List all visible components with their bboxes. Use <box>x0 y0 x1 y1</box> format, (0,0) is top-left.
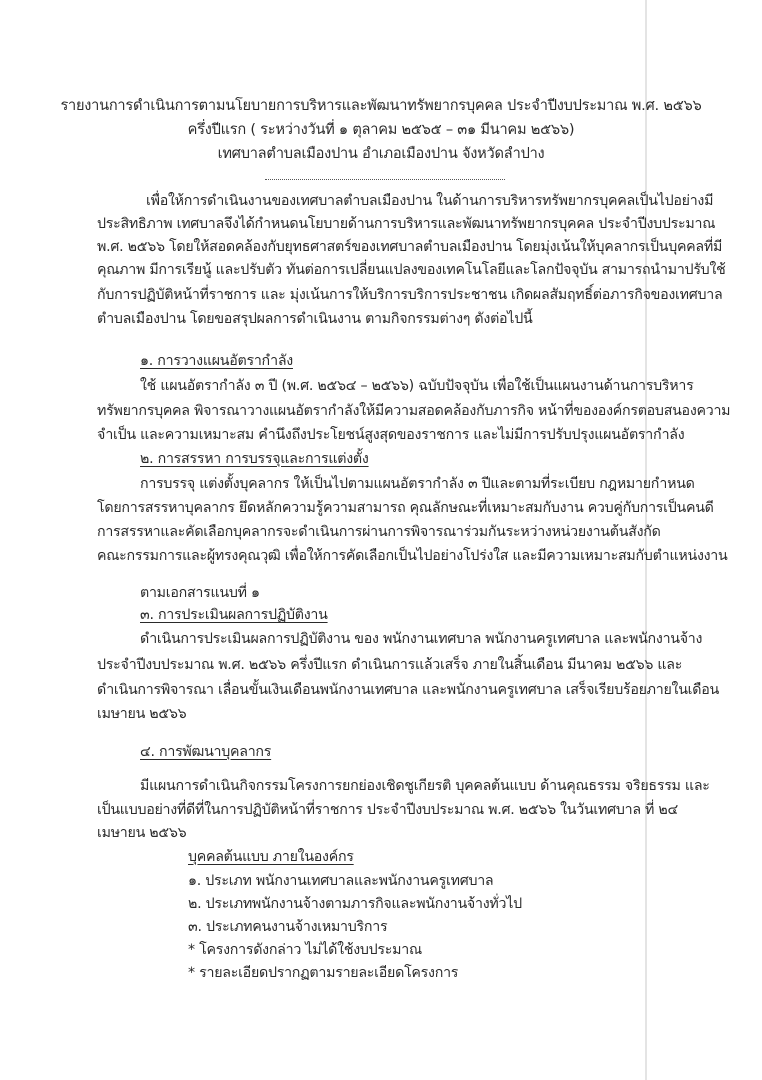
intro-line: คุณภาพ มีการเรียนู้ และปรับตัว ทันต่อการ… <box>97 261 726 279</box>
list-item: ๒. ประเภทพนักงานจ้างตามภารกิจและพนักงานจ… <box>188 895 522 913</box>
list-item: * รายละเอียดปรากฏตามรายละเอียดโครงการ <box>188 964 458 982</box>
section-line: การสรรหาและคัดเลือกบุคลากรจะดำเนินการผ่า… <box>97 523 661 541</box>
list-item: ๓. ประเภทคนงานจ้างเหมาบริการ <box>188 918 387 936</box>
section-line: เป็นแบบอย่างที่ดีที่ในการปฏิบัติหน้าที่ร… <box>97 801 678 819</box>
intro-line: ตำบลเมืองปาน โดยขอสรุปผลการดำเนินงาน ตาม… <box>97 310 532 328</box>
section-line: เมษายน ๒๕๖๖ <box>97 824 186 842</box>
list-item: * โครงการดังกล่าว ไม่ได้ใช้งบประมาณ <box>188 941 422 959</box>
intro-line: เพื่อให้การดำเนินงานของเทศบาลตำบลเมืองปา… <box>146 192 713 210</box>
report-organization: เทศบาลตำบลเมืองปาน อำเภอเมืองปาน จังหวัด… <box>0 145 762 163</box>
section-line: จำเป็น และความเหมาะสม คำนึงถึงประโยชน์สู… <box>97 426 684 444</box>
section-heading-recruitment: ๒. การสรรหา การบรรจุและการแต่งตั้ง <box>140 450 369 468</box>
section-heading-personnel-development: ๔. การพัฒนาบุคลากร <box>140 743 271 761</box>
section-line: โดยการสรรหาบุคลากร ยึดหลักความรู้ความสาม… <box>97 499 714 517</box>
section-line: คณะกรรมการและผู้ทรงคุณวุฒิ เพื่อให้การคั… <box>97 547 727 565</box>
section-heading-performance-evaluation: ๓. การประเมินผลการปฏิบัติงาน <box>140 606 328 624</box>
section-line: ดำเนินการพิจารณา เลื่อนขั้นเงินเดือนพนัก… <box>97 681 719 699</box>
section-line: ประจำปีงบประมาณ พ.ศ. ๒๕๖๖ ครึ่งปีแรก ดำเ… <box>97 656 682 674</box>
subheading-role-models: บุคคลต้นแบบ ภายในองค์กร <box>188 848 354 866</box>
section-line: มีแผนการดำเนินกิจกรรมโครงการยกย่องเชิดชู… <box>140 777 710 795</box>
attachment-reference: ตามเอกสารแนบที่ ๑ <box>140 584 260 602</box>
section-line: ใช้ แผนอัตรากำลัง ๓ ปี (พ.ศ. ๒๕๖๔ – ๒๕๖๖… <box>140 377 693 395</box>
intro-line: กับการปฏิบัติหน้าที่ราชการ และ มุ่งเน้นก… <box>97 286 722 304</box>
section-line: ทรัพยากรบุคคล พิจารณาวางแผนอัตรากำลังให้… <box>97 402 730 420</box>
section-line: เมษายน ๒๕๖๖ <box>97 705 186 723</box>
intro-line: พ.ศ. ๒๕๖๖ โดยให้สอดคล้องกับยุทธศาสตร์ของ… <box>97 238 722 256</box>
section-line: การบรรจุ แต่งตั้งบุคลากร ให้เป็นไปตามแผน… <box>140 475 695 493</box>
header-separator <box>265 179 505 182</box>
intro-line: ประสิทธิภาพ เทศบาลจึงได้กำหนดนโยบายด้านก… <box>97 215 715 233</box>
list-item: ๑. ประเภท พนักงานเทศบาลและพนักงานครูเทศบ… <box>188 872 493 890</box>
report-title: รายงานการดำเนินการตามนโยบายการบริหารและพ… <box>0 97 762 115</box>
report-period: ครึ่งปีแรก ( ระหว่างวันที่ ๑ ตุลาคม ๒๕๖๕… <box>0 121 762 139</box>
document-page: รายงานการดำเนินการตามนโยบายการบริหารและพ… <box>0 0 762 1080</box>
section-heading-manpower-planning: ๑. การวางแผนอัตรากำลัง <box>140 352 293 370</box>
section-line: ดำเนินการประเมินผลการปฏิบัติงาน ของ พนัก… <box>140 630 702 648</box>
